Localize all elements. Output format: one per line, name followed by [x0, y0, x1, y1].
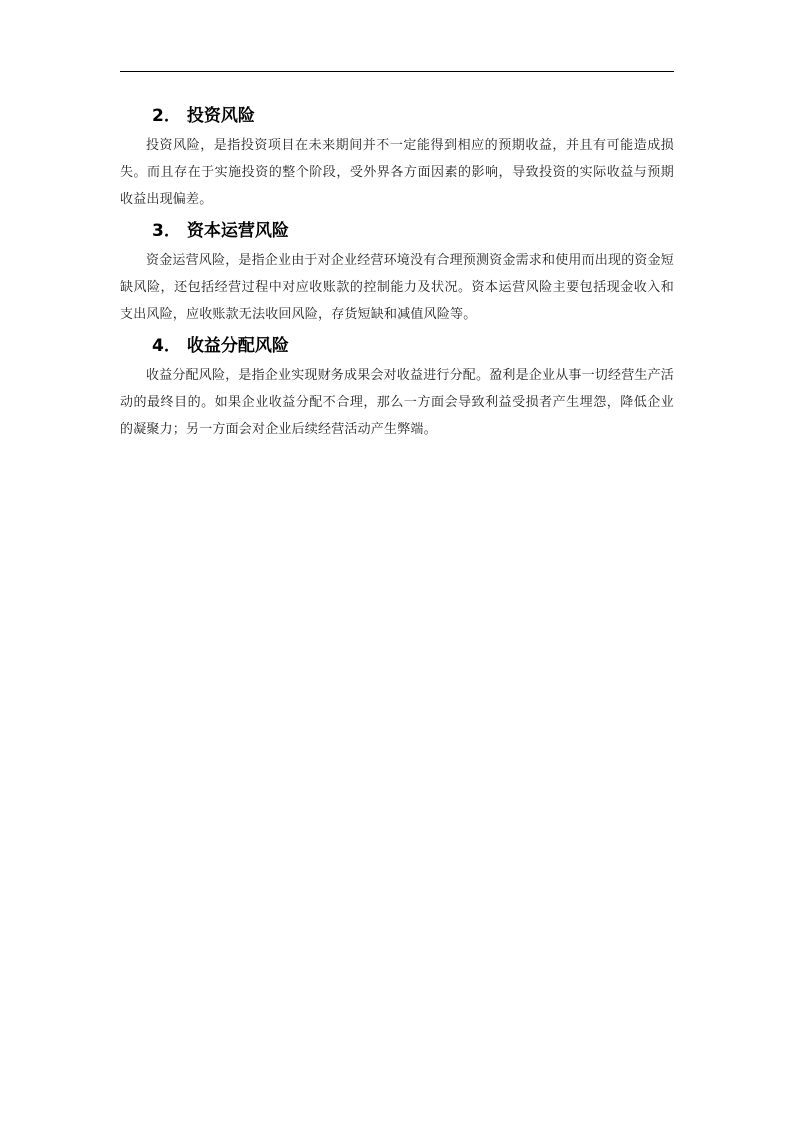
document-body: 2．投资风险 投资风险，是指投资项目在未来期间并不一定能得到相应的预期收益，并且… [120, 100, 674, 445]
section-number: 4． [152, 336, 181, 356]
section-income-distribution-risk: 4．收益分配风险 收益分配风险，是指企业实现财务成果会对收益进行分配。盈利是企业… [120, 330, 674, 443]
section-title: 收益分配风险 [187, 336, 289, 356]
section-heading: 3．资本运营风险 [120, 215, 674, 247]
section-heading: 2．投资风险 [120, 100, 674, 132]
section-title: 投资风险 [187, 106, 255, 126]
section-number: 2． [152, 106, 181, 126]
section-paragraph: 投资风险，是指投资项目在未来期间并不一定能得到相应的预期收益，并且有可能造成损失… [120, 132, 674, 213]
section-number: 3． [152, 221, 181, 241]
header-rule [120, 71, 674, 72]
section-paragraph: 收益分配风险，是指企业实现财务成果会对收益进行分配。盈利是企业从事一切经营生产活… [120, 362, 674, 443]
section-heading: 4．收益分配风险 [120, 330, 674, 362]
section-paragraph: 资金运营风险，是指企业由于对企业经营环境没有合理预测资金需求和使用而出现的资金短… [120, 247, 674, 328]
section-investment-risk: 2．投资风险 投资风险，是指投资项目在未来期间并不一定能得到相应的预期收益，并且… [120, 100, 674, 213]
section-title: 资本运营风险 [187, 221, 289, 241]
section-capital-operation-risk: 3．资本运营风险 资金运营风险，是指企业由于对企业经营环境没有合理预测资金需求和… [120, 215, 674, 328]
